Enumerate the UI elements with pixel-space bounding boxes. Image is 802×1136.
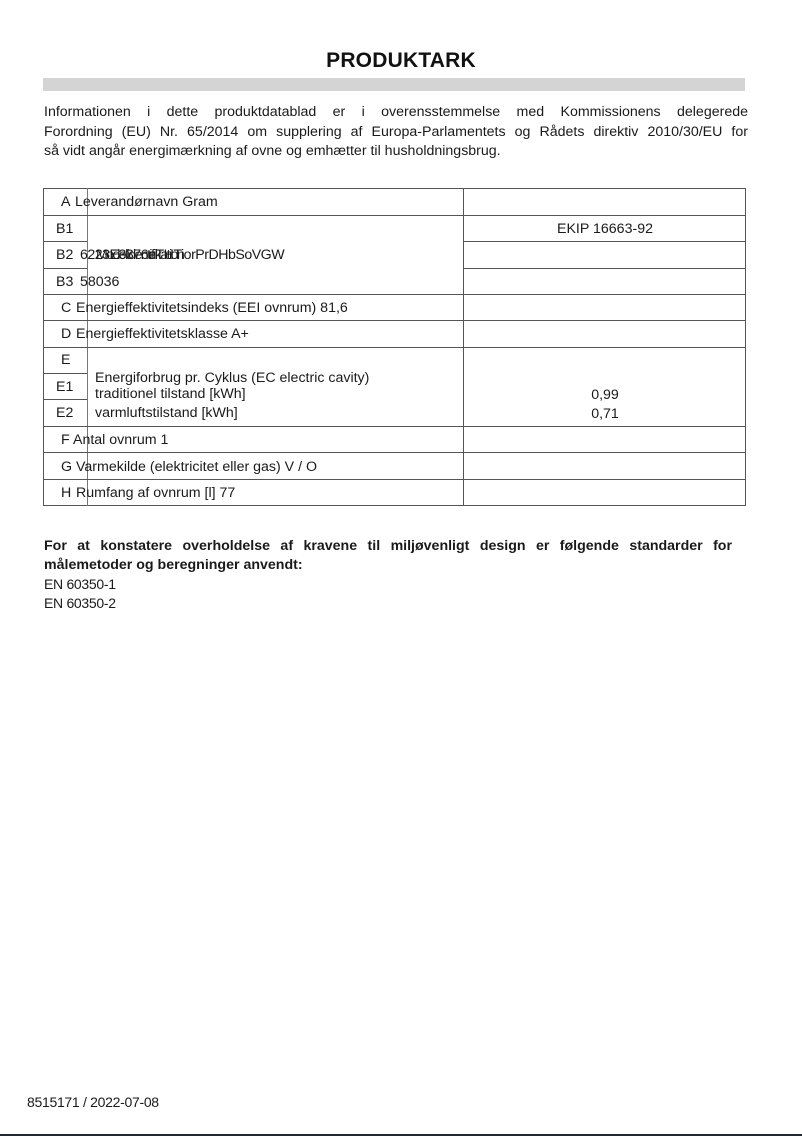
- row-code: E2: [56, 405, 73, 421]
- product-data-table: A Leverandørnavn Gram B1 EKIP 16663-92 B…: [43, 188, 746, 506]
- standard-item: EN 60350-2: [44, 594, 732, 613]
- standard-item: EN 60350-1: [44, 575, 732, 594]
- compliance-heading: For at konstatere overholdelse af kraven…: [44, 537, 732, 575]
- row-code: F: [61, 432, 70, 448]
- compliance-heading-line: målemetoder og beregninger anvendt:: [44, 556, 732, 575]
- model-identifier-label: Modelidentifikation: [96, 247, 183, 263]
- row-label: Varmekilde (elektricitet eller gas) V / …: [76, 459, 317, 475]
- model-number-value: EKIP 16663-92: [464, 221, 746, 237]
- intro-line: Forordning (EU) Nr. 65/2014 om supplerin…: [44, 123, 748, 143]
- page-title: PRODUKTARK: [0, 49, 802, 73]
- energy-traditional-value: 0,99: [464, 387, 746, 403]
- compliance-section: For at konstatere overholdelse af kraven…: [44, 537, 732, 613]
- row-code: D: [61, 326, 71, 342]
- row-code: B2: [56, 247, 73, 263]
- row-code: G: [61, 459, 72, 475]
- energy-convection-value: 0,71: [464, 406, 746, 422]
- row-label: Energieffektivitetsklasse A+: [76, 326, 249, 342]
- row-label: varmluftstilstand [kWh]: [95, 405, 238, 421]
- row-label: 58036: [80, 274, 119, 290]
- compliance-heading-line: For at konstatere overholdelse af kraven…: [44, 537, 732, 556]
- row-label: Energieffektivitetsindeks (EEI ovnrum) 8…: [76, 300, 348, 316]
- row-code: B3: [56, 274, 73, 290]
- intro-line: Informationen i dette produktdatablad er…: [44, 103, 748, 123]
- row-label: traditionel tilstand [kWh]: [95, 386, 246, 402]
- row-label: Rumfang af ovnrum [l] 77: [76, 485, 235, 501]
- row-code: A: [61, 194, 70, 210]
- row-code: B1: [56, 221, 73, 237]
- title-divider-bar: [43, 78, 745, 91]
- document-reference: 8515171 / 2022-07-08: [27, 1094, 159, 1110]
- row-label: Leverandørnavn Gram: [75, 194, 218, 210]
- intro-paragraph: Informationen i dette produktdatablad er…: [44, 103, 748, 162]
- row-code: E: [61, 352, 70, 368]
- row-label: Antal ovnrum 1: [73, 432, 168, 448]
- row-code: E1: [56, 379, 73, 395]
- row-code: H: [61, 485, 71, 501]
- row-label: Energiforbrug pr. Cyklus (EC electric ca…: [95, 370, 369, 386]
- intro-line: så vidt angår energimærkning af ovne og …: [44, 142, 748, 162]
- row-code: C: [61, 300, 71, 316]
